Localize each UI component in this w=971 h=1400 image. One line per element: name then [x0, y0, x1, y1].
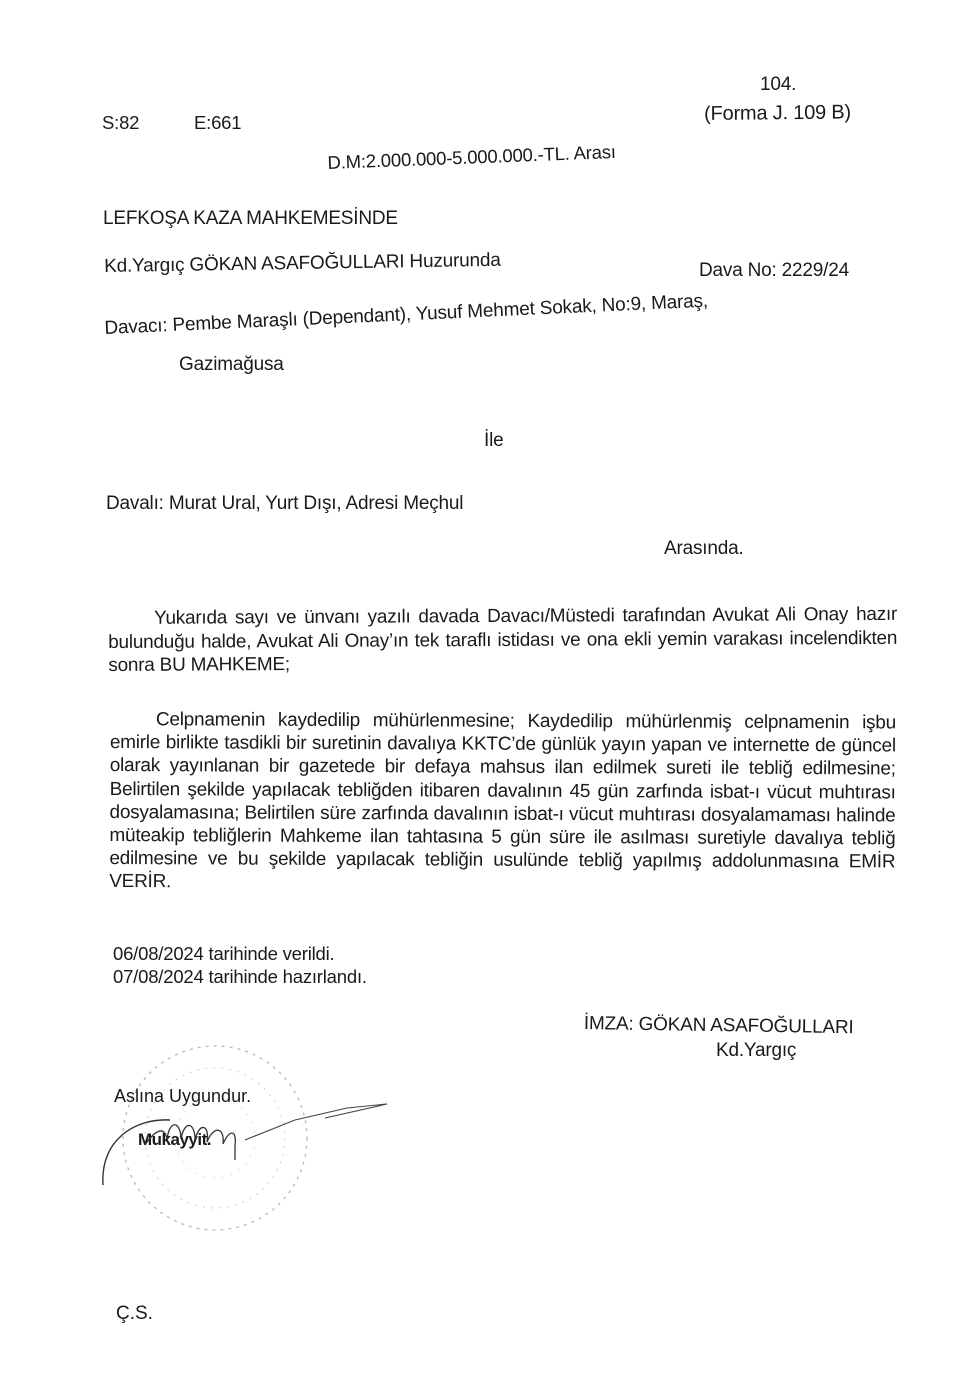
- clerk-label: Mukayyit.: [138, 1130, 211, 1150]
- between-label: Arasında.: [664, 538, 744, 560]
- signature-title: Kd.Yargıç: [716, 1040, 796, 1062]
- certified-copy-label: Aslına Uygundur.: [114, 1086, 251, 1107]
- footer-initials: Ç.S.: [116, 1303, 153, 1325]
- signature-name: İMZA: GÖKAN ASAFOĞULLARI: [584, 1013, 854, 1039]
- signature-scribble-icon: [95, 1100, 395, 1210]
- plaintiff-line: Davacı: Pembe Maraşlı (Dependant), Yusuf…: [104, 291, 708, 340]
- paragraph-2-text: Celpnamenin kaydedilip mühürlenmesine; K…: [109, 709, 896, 892]
- court-name: LEFKOŞA KAZA MAHKEMESİNDE: [103, 208, 398, 230]
- s-number: S:82: [102, 112, 139, 134]
- date-prepared: 07/08/2024 tarihinde hazırlandı.: [113, 966, 367, 988]
- case-number: Dava No: 2229/24: [699, 260, 849, 282]
- page-number: 104.: [760, 74, 796, 96]
- e-number: E:661: [194, 112, 241, 134]
- conjunction-label: İle: [484, 430, 503, 452]
- defendant-line: Davalı: Murat Ural, Yurt Dışı, Adresi Me…: [106, 493, 463, 515]
- paragraph-1-text: Yukarıda sayı ve ünvanı yazılı davada Da…: [108, 604, 897, 676]
- form-code: (Forma J. 109 B): [704, 101, 851, 126]
- body-paragraph-2: Celpnamenin kaydedilip mühürlenmesine; K…: [109, 708, 896, 897]
- plaintiff-address-continuation: Gazimağusa: [179, 354, 284, 376]
- judge-line: Kd.Yargıç GÖKAN ASAFOĞULLARI Huzurunda: [104, 250, 501, 278]
- value-range: D.M:2.000.000-5.000.000.-TL. Arası: [327, 141, 616, 174]
- body-paragraph-1: Yukarıda sayı ve ünvanı yazılı davada Da…: [108, 603, 897, 678]
- date-given: 06/08/2024 tarihinde verildi.: [113, 943, 335, 965]
